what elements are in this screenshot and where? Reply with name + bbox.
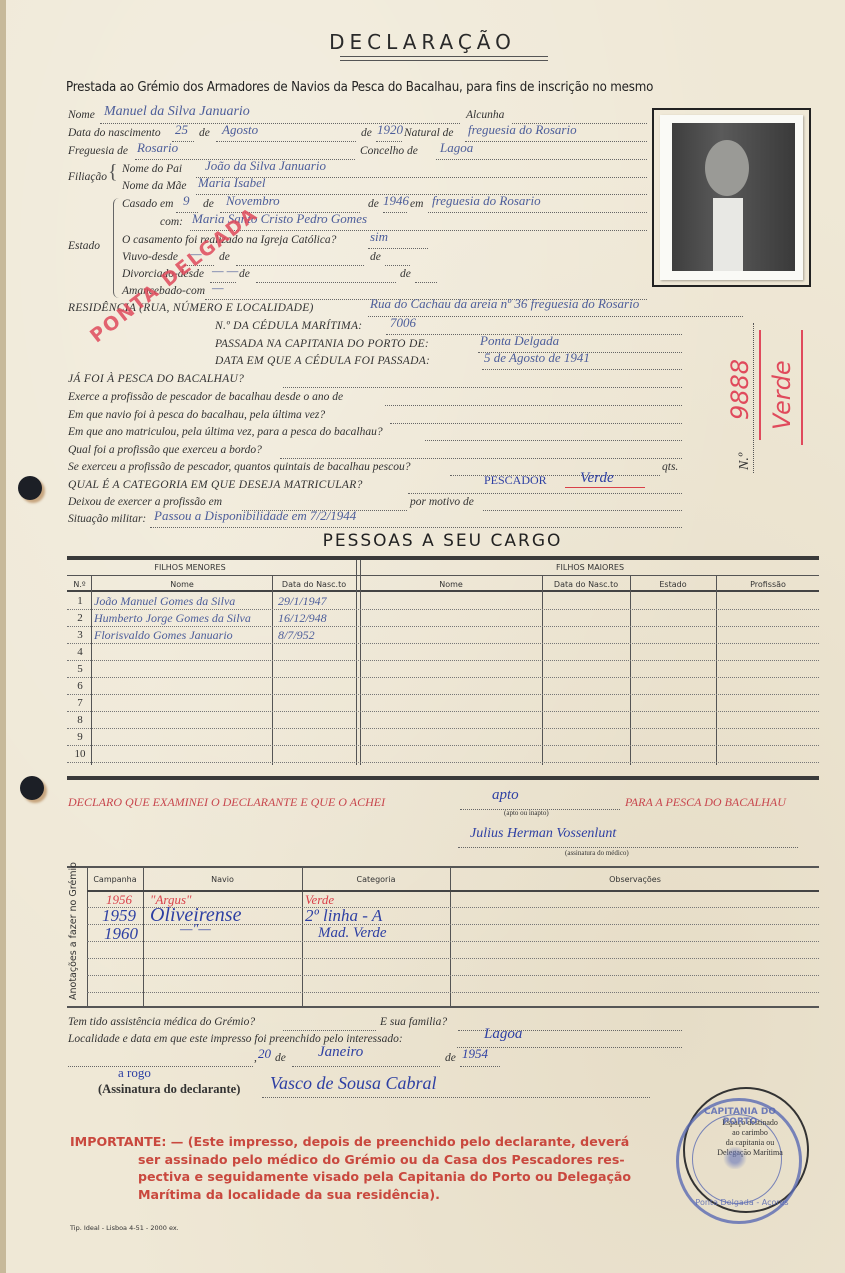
numero-label: N.º: [737, 453, 753, 470]
stamp-bottom-text: Ponta Delgada - Açores: [692, 1198, 792, 1207]
annotations-bottom-rule: [67, 1006, 819, 1008]
localidade-value: Lagoa: [484, 1026, 522, 1043]
photo-face: [705, 140, 749, 196]
nome-value: Manuel da Silva Januario: [104, 104, 250, 120]
de-label: de: [199, 127, 210, 139]
annot-categoria-3: Mad. Verde: [318, 925, 387, 942]
row-line: [67, 728, 819, 729]
militar-label: Situação militar:: [68, 513, 146, 525]
navio-field[interactable]: [390, 409, 682, 424]
annot-col-categoria: Categoria: [302, 875, 450, 884]
motivo-field[interactable]: [483, 496, 682, 511]
profissao-field[interactable]: [280, 444, 682, 459]
categoria-value: PESCADOR: [484, 473, 547, 488]
mes-field[interactable]: [292, 1052, 440, 1067]
viuvo-year-field[interactable]: [385, 251, 410, 266]
carimbo-line-3: da capitania ou: [700, 1138, 800, 1148]
casado-de-year-label: de: [368, 198, 379, 210]
natural-value: freguesia do Rosario: [468, 122, 577, 138]
com-label: com:: [160, 216, 183, 228]
nascimento-year: 1920: [377, 122, 403, 138]
apto-field[interactable]: [460, 795, 620, 810]
mes-value: Janeiro: [318, 1044, 363, 1061]
col-nome2: Nome: [360, 580, 542, 589]
deixou-label: Deixou de exercer a profissão em: [68, 496, 222, 508]
row-line: [67, 677, 819, 678]
comma: ,: [254, 1052, 257, 1064]
apto-value: apto: [492, 787, 519, 804]
concelho-value: Lagoa: [440, 140, 473, 156]
quintais-field[interactable]: [450, 461, 660, 476]
nome-label: Nome: [68, 109, 95, 121]
important-line-4: Marítima da localidade da sua residência…: [70, 1186, 650, 1204]
divorciado-year-field[interactable]: [415, 268, 437, 283]
filiacao-brace: {: [108, 161, 118, 184]
dependents-col-rule: [67, 590, 819, 592]
col-sep-double: [356, 560, 361, 765]
assistencia-label: Tem tido assistência médica do Grémio?: [68, 1016, 255, 1028]
dependent-date: 16/12/948: [278, 611, 327, 626]
annot-navio-3: —"—: [180, 922, 211, 938]
medico-hint: (assinatura do médico): [565, 849, 629, 857]
document-page: DECLARAÇÃO Prestada ao Grémio dos Armado…: [0, 0, 845, 1273]
casado-label: Casado em: [122, 198, 173, 210]
carimbo-line-2: ao carimbo: [700, 1128, 800, 1138]
viuvo-de: de: [219, 251, 230, 263]
casado-month: Novembro: [226, 193, 280, 209]
data-cedula-value: 5 de Agosto de 1941: [484, 350, 590, 366]
nascimento-day: 25: [175, 122, 188, 138]
cedula-label: N.º DA CÉDULA MARÍTIMA:: [215, 320, 362, 332]
punch-hole-top: [18, 476, 42, 500]
exerce-label: Exerce a profissão de pescador de bacalh…: [68, 391, 343, 403]
annot-col-sep: [143, 868, 144, 1006]
assinatura-label: (Assinatura do declarante): [98, 1082, 240, 1097]
row-num: 3: [69, 629, 91, 641]
row-line: [67, 762, 819, 763]
ano-label: Em que ano matriculou, pela última vez, …: [68, 426, 383, 438]
dia-value: 20: [258, 1046, 271, 1062]
viuvo-de2: de: [370, 251, 381, 263]
dependent-date: 29/1/1947: [278, 594, 327, 609]
col-sep: [91, 575, 92, 765]
row-num: 8: [69, 714, 91, 726]
photo-shirt: [713, 198, 743, 271]
nascimento-label: Data do nascimento: [68, 127, 161, 139]
divorciado-month-field[interactable]: [256, 268, 396, 283]
page-edge: [0, 0, 6, 1273]
numero-red-line-2: [801, 330, 803, 445]
row-num: 10: [69, 748, 91, 760]
important-line-1: IMPORTANTE: — (Este impresso, depois de …: [70, 1134, 629, 1149]
ano-value: 1954: [462, 1046, 488, 1062]
viuvo-label: Viuvo-desde: [122, 251, 178, 263]
annot-header-rule: [87, 890, 819, 892]
printer-footer: Tip. Ideal - Lisboa 4-51 - 2000 ex.: [70, 1224, 179, 1232]
punch-hole-bottom: [20, 776, 44, 800]
declaro-label: DECLARO QUE EXAMINEI O DECLARANTE E QUE …: [68, 795, 385, 810]
row-num: 9: [69, 731, 91, 743]
col-num: N.º: [67, 580, 92, 589]
col-sep: [272, 575, 273, 765]
row-num: 1: [69, 595, 91, 607]
de-year-label: de: [361, 127, 372, 139]
natural-label: Natural de: [404, 127, 454, 139]
annot-row-line: [87, 958, 819, 959]
categoria-label: QUAL É A CATEGORIA EM QUE DESEJA MATRICU…: [68, 479, 363, 491]
residencia-label: RESIDÊNCIA (RUA, NÚMERO E LOCALIDADE): [68, 302, 314, 314]
ja-foi-field[interactable]: [283, 373, 682, 388]
annot-campanha-3: 1960: [104, 924, 138, 944]
annotations-top-rule: [67, 866, 819, 868]
dependents-title: PESSOAS A SEU CARGO: [20, 531, 845, 551]
col-data2: Data do Nasc.to: [542, 580, 630, 589]
casado-em-label: em: [410, 198, 423, 210]
mae-value: Maria Isabel: [198, 175, 266, 191]
important-line-3: pectiva e seguidamente visado pela Capit…: [70, 1168, 650, 1186]
dependent-name: Florisvaldo Gomes Januario: [94, 628, 233, 643]
capitania-value: Ponta Delgada: [480, 333, 559, 349]
estado-brace: [113, 198, 120, 298]
a-rogo: a rogo: [118, 1065, 151, 1081]
profissao-label: Qual foi a profissão que exerceu a bordo…: [68, 444, 262, 456]
categoria-annotation: Verde: [580, 470, 614, 487]
estado-label: Estado: [68, 240, 100, 252]
annot-row-line: [87, 975, 819, 976]
quintais-label: Se exerceu a profissão de pescador, quan…: [68, 461, 411, 473]
localidade-2-field[interactable]: [68, 1052, 253, 1067]
categoria-red-underline: [565, 487, 645, 488]
casado-de-label: de: [203, 198, 214, 210]
militar-value: Passou a Disponibilidade em 7/2/1944: [154, 508, 356, 524]
viuvo-month-field[interactable]: [236, 251, 364, 266]
annot-col-navio: Navio: [143, 875, 302, 884]
divorciado-de: de: [239, 268, 250, 280]
casado-day: 9: [183, 193, 190, 209]
para-label: PARA A PESCA DO BACALHAU: [625, 795, 786, 810]
numero-annotation: Verde: [768, 360, 796, 430]
navio-label: Em que navio foi à pesca do bacalhau, pe…: [68, 409, 325, 421]
annot-row-line: [87, 941, 819, 942]
pai-value: João da Silva Januario: [205, 158, 326, 174]
col-profissao: Profissão: [716, 580, 820, 589]
filhos-maiores-header: FILHOS MAIORES: [360, 563, 820, 572]
igreja-value: sim: [370, 229, 388, 245]
nascimento-month: Agosto: [222, 122, 258, 138]
row-num: 6: [69, 680, 91, 692]
annot-row-line: [87, 992, 819, 993]
cedula-value: 7006: [390, 315, 416, 331]
col-sep: [630, 575, 631, 765]
col-data: Data do Nasc.to: [272, 580, 356, 589]
col-nome: Nome: [92, 580, 272, 589]
annot-col-sep: [302, 868, 303, 1006]
stamp-emblem-icon: [722, 1147, 748, 1169]
row-line: [67, 609, 819, 610]
numero-red-line-1: [759, 330, 761, 440]
dependents-top-rule: [67, 556, 819, 560]
casado-year: 1946: [383, 193, 409, 209]
concelho-label: Concelho de: [360, 145, 418, 157]
annot-col-sep: [87, 868, 88, 1006]
annot-col-sep: [450, 868, 451, 1006]
filiacao-label: Filiação: [68, 171, 107, 183]
col-sep: [716, 575, 717, 765]
row-num: 5: [69, 663, 91, 675]
row-num: 4: [69, 646, 91, 658]
assistencia-field[interactable]: [283, 1016, 376, 1031]
divorciado-de2: de: [400, 268, 411, 280]
row-num: 7: [69, 697, 91, 709]
capitania-label: PASSADA NA CAPITANIA DO PORTO DE:: [215, 338, 429, 350]
com-value: Maria Santo Cristo Pedro Gomes: [192, 211, 367, 227]
important-line-2: ser assinado pelo médico do Grémio ou da…: [70, 1151, 650, 1169]
dependent-name: João Manuel Gomes da Silva: [94, 594, 235, 609]
dependents-header-rule: [67, 575, 819, 576]
title-underline: [340, 56, 548, 61]
page-title: DECLARAÇÃO: [0, 30, 845, 54]
residencia-value: Rua do Cachau da areia nº 36 freguesia d…: [370, 296, 639, 312]
annotations-side-label: Anotações a fazer no Grémio: [68, 862, 79, 1000]
row-line: [67, 694, 819, 695]
quintais-unit: qts.: [662, 461, 678, 473]
de-label-1: de: [275, 1052, 286, 1064]
dependent-date: 8/7/952: [278, 628, 315, 643]
medico-signature: Julius Herman Vossenlunt: [470, 826, 616, 842]
row-line: [67, 745, 819, 746]
familia-label: E sua familia?: [380, 1016, 447, 1028]
annot-col-observacoes: Observações: [450, 875, 820, 884]
assinatura-value: Vasco de Sousa Cabral: [270, 1073, 437, 1094]
dependent-name: Humberto Jorge Gomes da Silva: [94, 611, 251, 626]
stamp-top-text: CAPITANIA DO PORTO: [700, 1107, 780, 1127]
row-line: [67, 643, 819, 644]
dependents-bottom-rule: [67, 776, 819, 780]
filhos-menores-header: FILHOS MENORES: [90, 563, 290, 572]
annot-categoria-2: 2º linha - A: [305, 906, 382, 926]
freguesia-label: Freguesia de: [68, 145, 128, 157]
freguesia-value: Rosario: [137, 140, 178, 156]
annot-col-campanha: Campanha: [87, 875, 143, 884]
important-notice: IMPORTANTE: — (Este impresso, depois de …: [70, 1133, 650, 1203]
annot-campanha-2: 1959: [102, 906, 136, 926]
col-sep: [542, 575, 543, 765]
alcunha-label: Alcunha: [466, 109, 504, 121]
amancebado-value: —: [212, 280, 224, 296]
pai-label: Nome do Pai: [122, 163, 182, 175]
motivo-label: por motivo de: [410, 496, 474, 508]
divorciado-value: — —: [212, 263, 238, 279]
mae-label: Nome da Mãe: [122, 180, 187, 192]
row-num: 2: [69, 612, 91, 624]
row-line: [67, 711, 819, 712]
numero-value: 9888: [726, 359, 754, 420]
casado-local: freguesia do Rosario: [432, 193, 541, 209]
data-cedula-label: DATA EM QUE A CÉDULA FOI PASSADA:: [215, 355, 430, 367]
ano-field[interactable]: [425, 426, 682, 441]
ja-foi-label: JÁ FOI À PESCA DO BACALHAU?: [68, 373, 244, 385]
apto-hint: (apto ou inapto): [504, 809, 549, 817]
exerce-field[interactable]: [385, 391, 682, 406]
page-subtitle: Prestada ao Grémio dos Armadores de Navi…: [66, 80, 653, 95]
carimbo-line-4: Delegação Marítima: [700, 1148, 800, 1158]
row-line: [67, 626, 819, 627]
row-line: [67, 660, 819, 661]
col-estado: Estado: [630, 580, 716, 589]
de-label-2: de: [445, 1052, 456, 1064]
